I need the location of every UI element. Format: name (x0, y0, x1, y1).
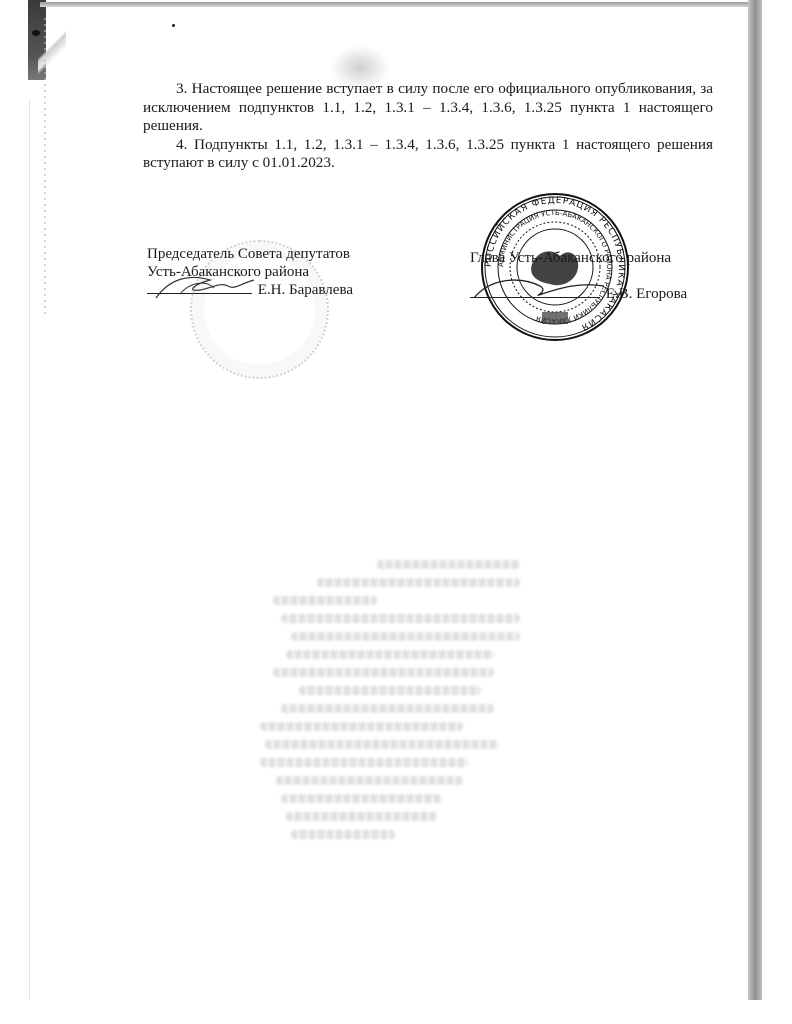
paragraph-4: 4. Подпункты 1.1, 1.2, 1.3.1 – 1.3.4, 1.… (143, 136, 713, 173)
chairman-name: Е.Н. Баравлева (258, 282, 353, 298)
reverse-side-bleed-through (260, 560, 520, 900)
scan-speckle (44, 18, 46, 318)
page-fold-shadow (38, 5, 66, 95)
head-name: Е.В. Егорова (606, 286, 687, 302)
paragraph-3: 3. Настоящее решение вступает в силу пос… (143, 80, 713, 136)
document-body: 3. Настоящее решение вступает в силу пос… (143, 80, 713, 173)
scan-dot (172, 24, 175, 27)
scanner-right-edge (748, 0, 762, 1000)
chairman-signature-scribble (150, 270, 260, 304)
head-title: Глава Усть-Абаканского района (470, 249, 687, 267)
head-signature-scribble (470, 272, 610, 306)
chairman-title-line1: Председатель Совета депутатов (147, 245, 353, 263)
scanner-top-edge (40, 2, 760, 7)
scan-left-line (29, 100, 30, 1000)
